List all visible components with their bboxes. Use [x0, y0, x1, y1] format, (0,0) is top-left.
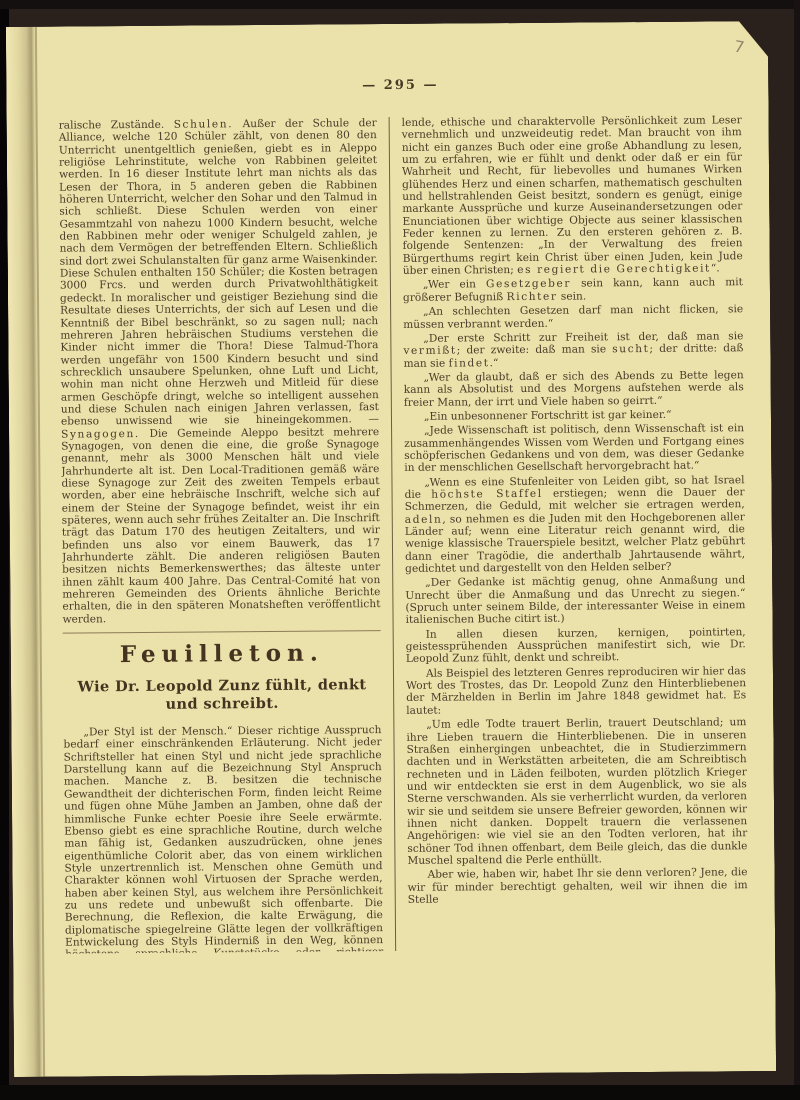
paragraph: „Ein unbesonnener Fortschritt ist gar ke… [404, 408, 744, 423]
emphasized-text: findet [449, 357, 490, 369]
scan-edge-bottom [0, 1085, 800, 1100]
paragraph: lende, ethische und charaktervolle Persö… [402, 114, 743, 277]
paragraph: ralische Zustände. Schulen. Außer der Sc… [59, 117, 381, 626]
emphasized-text: vermißt [403, 345, 456, 357]
scan-edge-top [0, 0, 800, 9]
section-divider-rule [63, 630, 381, 633]
scan-background: { "page": { "number_label": "— 295 —", "… [0, 0, 800, 1100]
paragraph: Als Beispiel des letzteren Genres reprod… [406, 665, 746, 717]
feuilleton-heading: Feuilleton. [63, 640, 381, 668]
paragraph: „Wenn es eine Stufenleiter von Leiden gi… [404, 474, 745, 575]
paragraph: „An schlechten Gesetzen darf man nicht f… [403, 303, 743, 330]
handwritten-folio-mark: 7 [732, 37, 745, 57]
emphasized-text: Synagogen. [61, 428, 140, 441]
emphasized-text: Gesetzgeber [486, 278, 571, 291]
emphasized-text: höchste Staffel [431, 488, 543, 501]
emphasized-text: sucht [612, 343, 649, 355]
emphasized-text: adeln [405, 513, 443, 525]
emphasized-text: Richter [507, 290, 558, 302]
right-column: lende, ethische und charaktervolle Persö… [402, 114, 749, 951]
paragraph: In allen diesen kurzen, kernigen, pointi… [406, 626, 746, 666]
page-number: — 295 — [58, 75, 742, 95]
column-divider-rule [389, 117, 397, 951]
paragraph: „Der Gedanke ist mächtig genug, ohne Anm… [405, 575, 745, 627]
paragraph: „Jede Wissenschaft ist politisch, denn W… [404, 422, 744, 474]
page-content: — 295 — ralische Zustände. Schulen. Auße… [58, 75, 749, 953]
paragraph: „Der Styl ist der Mensch.“ Dieser richti… [63, 724, 384, 953]
paragraph: „Wer da glaubt, daß er sich des Abends z… [404, 369, 744, 409]
emphasized-text: es regiert die Gerechtigkeit [517, 263, 711, 277]
scan-edge-right [794, 0, 800, 1100]
article-title: Wie Dr. Leopold Zunz fühlt, denkt und sc… [63, 676, 381, 714]
paragraph: Aber wie, haben wir, habet Ihr sie denn … [408, 866, 748, 906]
paragraph: „Der erste Schritt zur Freiheit ist der,… [403, 330, 743, 370]
book-page: 7 — 295 — ralische Zustände. Schulen. Au… [6, 21, 776, 1077]
paragraph: „Wer ein Gesetzgeber sein kann, kann auc… [403, 277, 743, 304]
left-column: ralische Zustände. Schulen. Außer der Sc… [59, 117, 384, 953]
text-columns: ralische Zustände. Schulen. Außer der Sc… [59, 114, 750, 953]
emphasized-text: Schulen. [174, 118, 234, 130]
paragraph: „Um edle Todte trauert Berlin, trauert D… [406, 716, 747, 867]
